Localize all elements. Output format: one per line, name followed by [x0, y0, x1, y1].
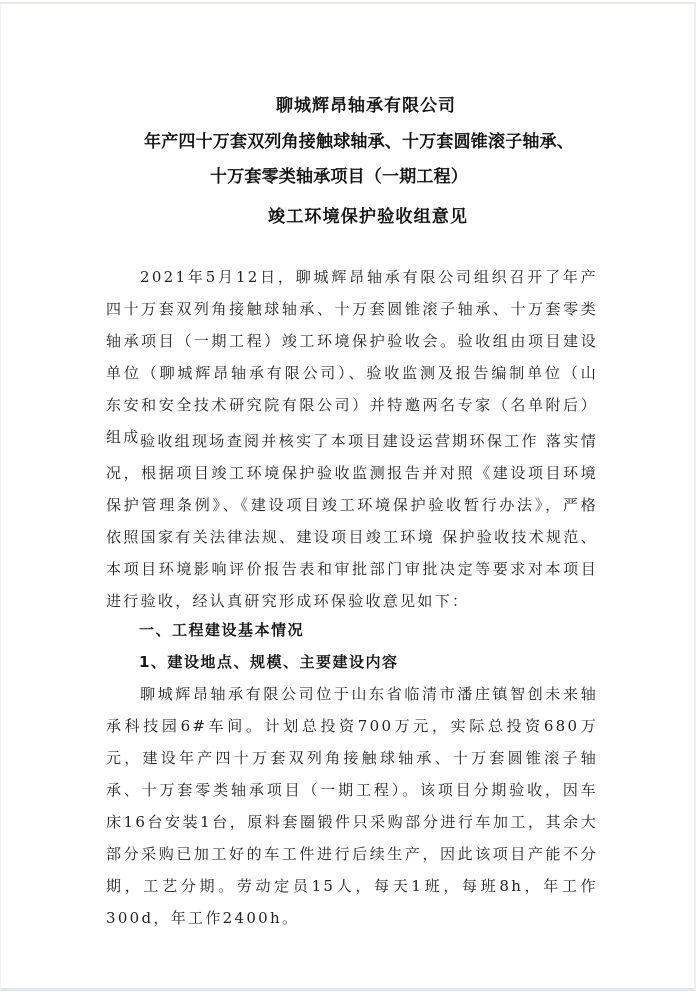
- paragraph-review-basis: 验收组现场查阅并核实了本项目建设运营期环保工作 落实情况，根据项目竣工环境保护验…: [106, 425, 598, 617]
- section-heading: 一、工程建设基本情况: [139, 619, 304, 640]
- document-title-project-line-1: 年产四十万套双列角接触球轴承、十万套圆锥滚子轴承、: [144, 127, 574, 152]
- document-title-company: 聊城辉昂轴承有限公司: [276, 91, 456, 116]
- subsection-heading: 1、建设地点、规模、主要建设内容: [139, 651, 398, 672]
- document-title-opinion: 竣工环境保护验收组意见: [268, 202, 468, 227]
- paragraph-text: 验收组现场查阅并核实了本项目建设运营期环保工作 落实情况，根据项目竣工环境保护验…: [106, 425, 598, 617]
- document-title-project-line-2: 十万套零类轴承项目（一期工程）: [210, 162, 468, 187]
- paragraph-project-details: 聊城辉昂轴承有限公司位于山东省临清市潘庄镇智创未来轴承科技园6#车间。计划总投资…: [106, 678, 598, 934]
- paragraph-text: 聊城辉昂轴承有限公司位于山东省临清市潘庄镇智创未来轴承科技园6#车间。计划总投资…: [106, 678, 598, 934]
